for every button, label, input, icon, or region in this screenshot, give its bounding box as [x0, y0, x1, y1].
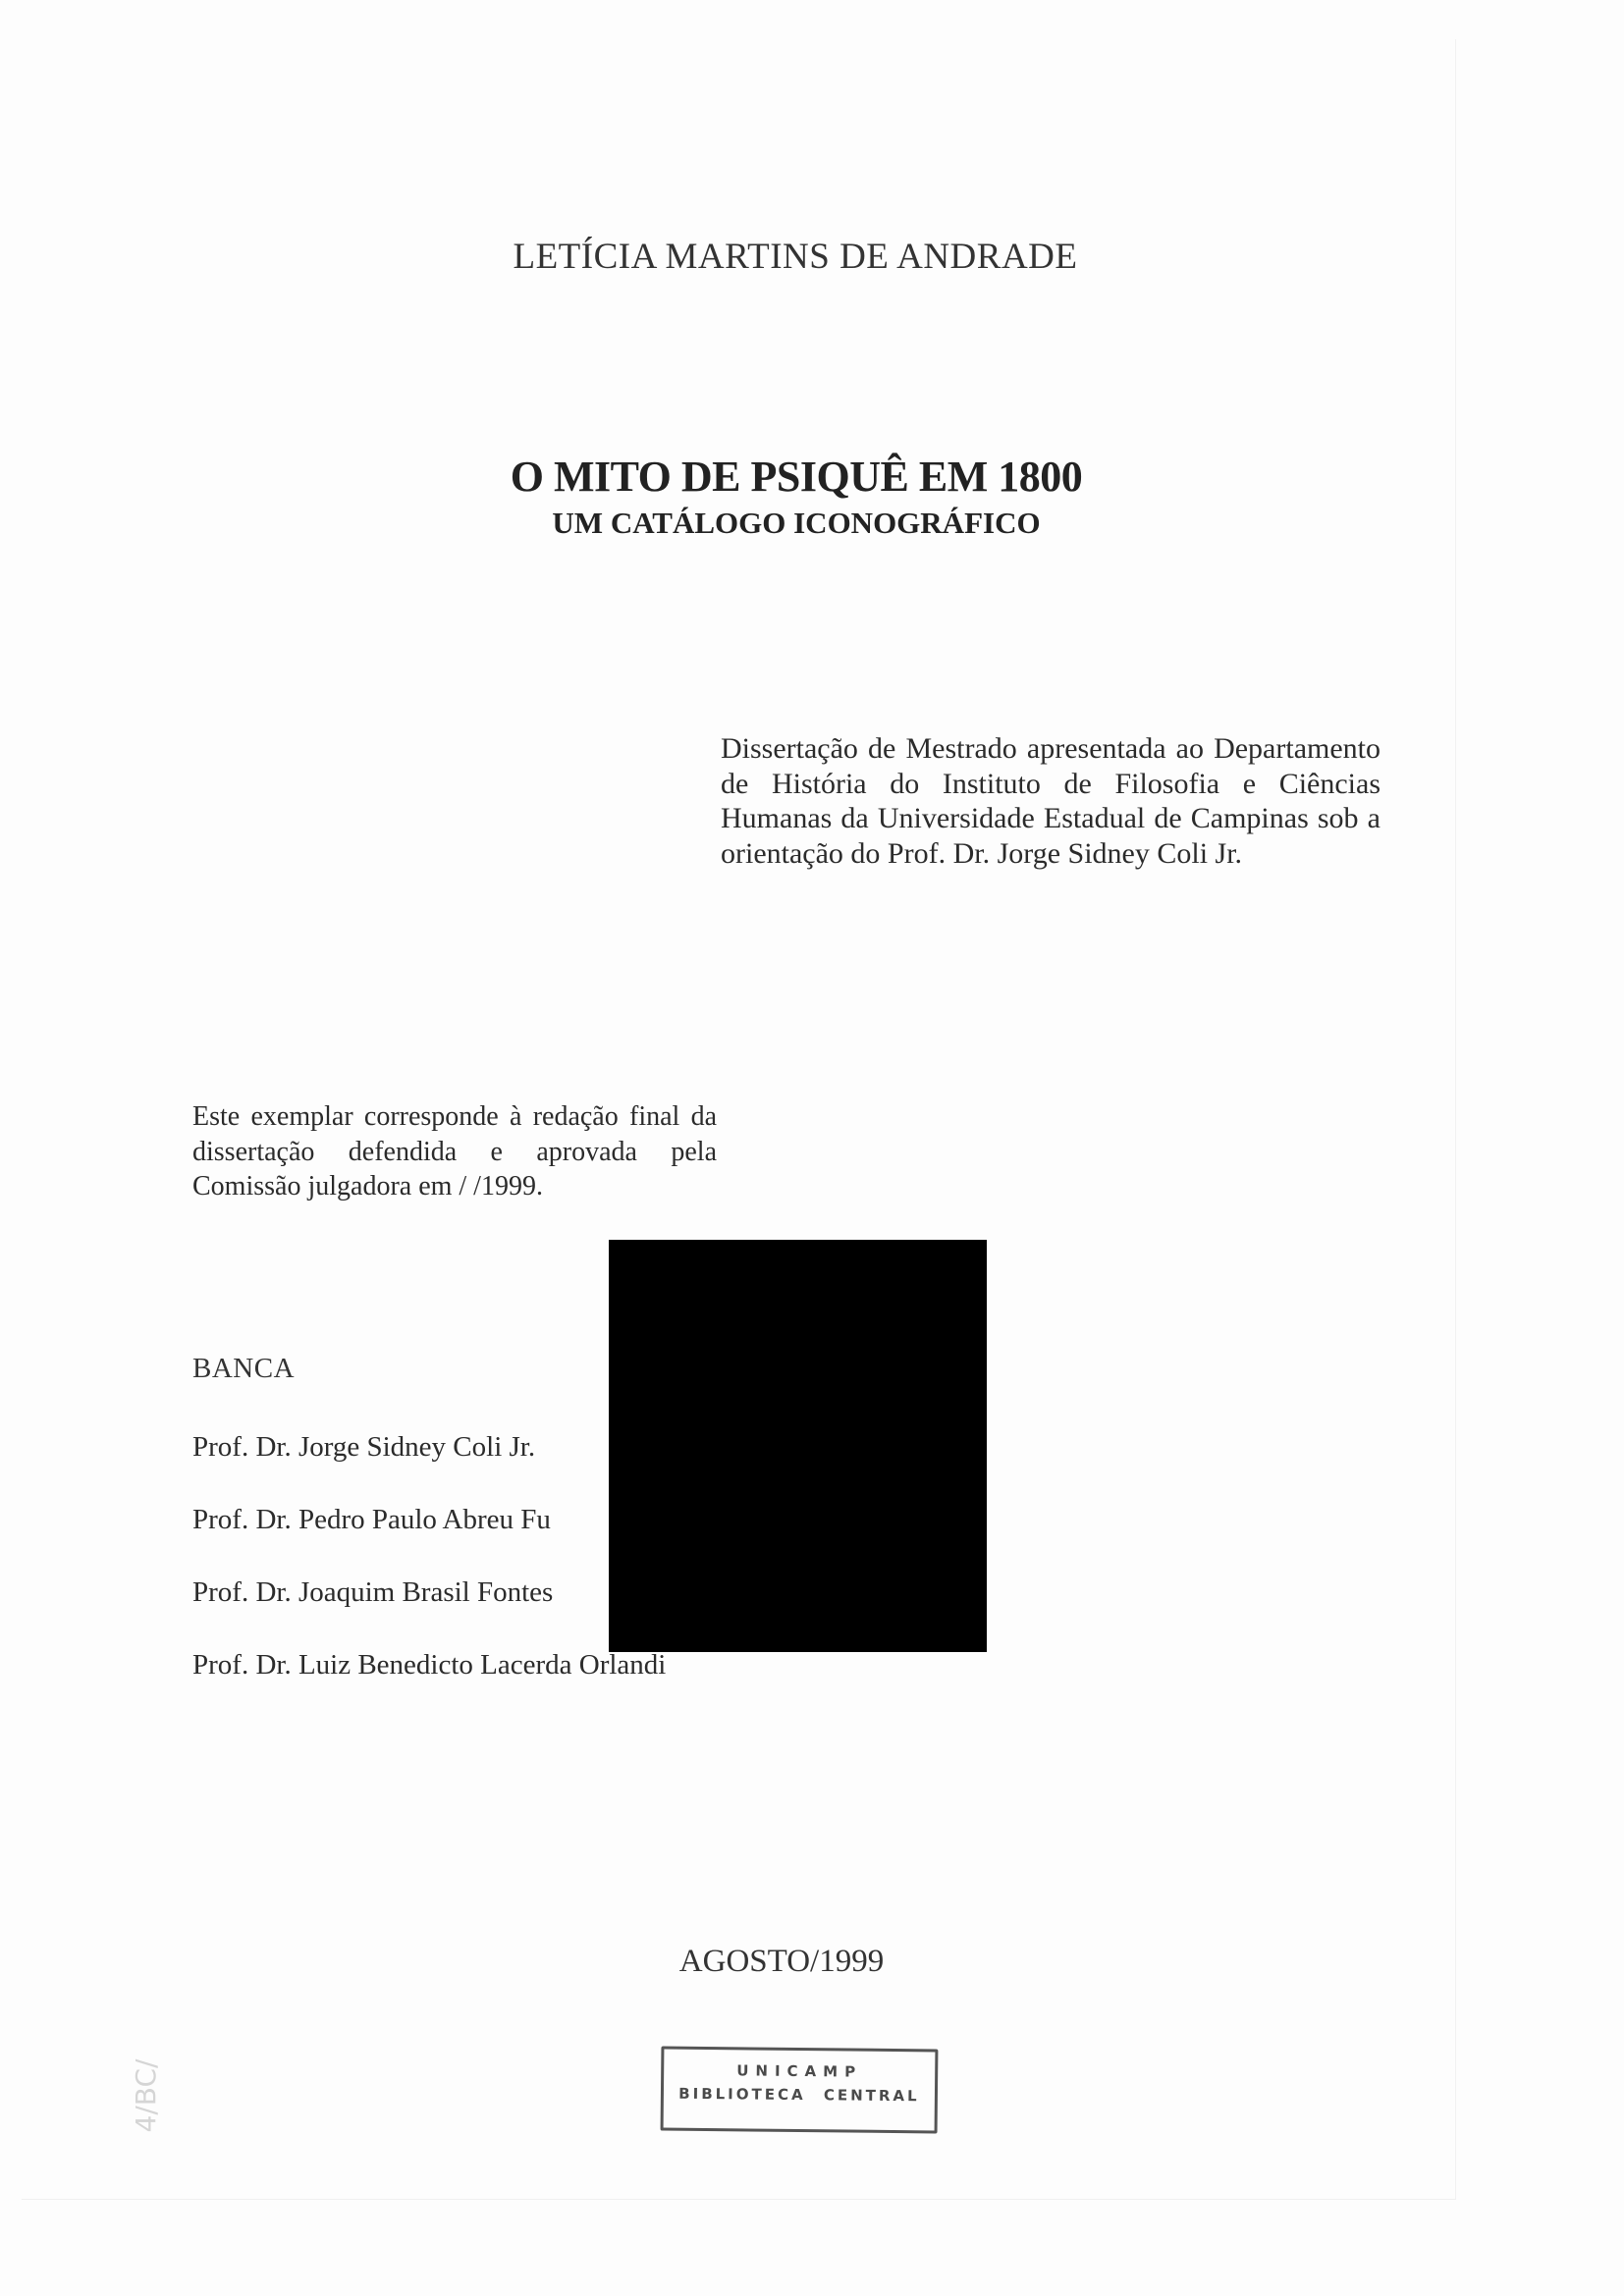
redaction-block: [609, 1240, 987, 1652]
committee-member: Prof. Dr. Pedro Paulo Abreu Fu: [192, 1504, 551, 1536]
dissertation-description: Dissertação de Mestrado apresentada ao D…: [721, 731, 1380, 871]
committee-heading: BANCA: [192, 1353, 295, 1385]
stamp-line-institution: UNICAMP: [664, 2061, 935, 2082]
dissertation-title: O MITO DE PSIQUÊ EM 1800: [0, 452, 1593, 502]
committee-member: Prof. Dr. Joaquim Brasil Fontes: [192, 1576, 553, 1609]
dissertation-subtitle: UM CATÁLOGO ICONOGRÁFICO: [0, 506, 1593, 541]
margin-handwritten-note: 4/BC/: [72, 2066, 219, 2125]
committee-member: Prof. Dr. Luiz Benedicto Lacerda Orlandi: [192, 1649, 666, 1682]
library-stamp: UNICAMP BIBLIOTECA CENTRAL: [661, 2047, 939, 2134]
approval-note: Este exemplar corresponde à redação fina…: [192, 1099, 717, 1204]
author-name: LETÍCIA MARTINS DE ANDRADE: [0, 236, 1591, 278]
stamp-line-library: BIBLIOTECA CENTRAL: [664, 2085, 935, 2106]
committee-member: Prof. Dr. Jorge Sidney Coli Jr.: [192, 1431, 535, 1464]
publication-date: AGOSTO/1999: [0, 1944, 1563, 1980]
